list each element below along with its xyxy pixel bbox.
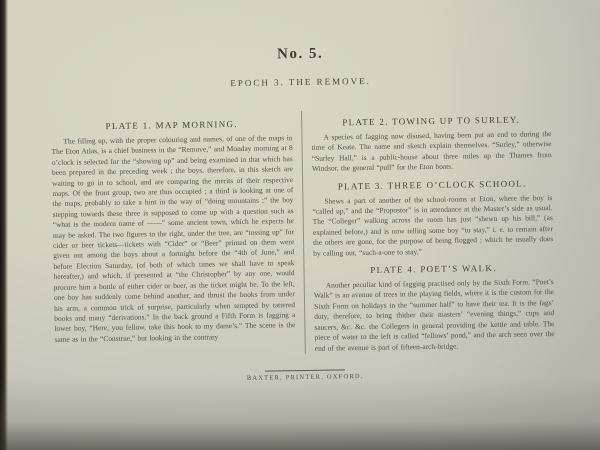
two-column-layout: PLATE 1. MAP MORNING. The filling up, wi… — [51, 107, 555, 358]
plate-section-2: PLATE 2. TOWING UP TO SURLEY. A species … — [311, 114, 552, 174]
epoch-heading: EPOCH 3. THE REMOVE. — [51, 73, 551, 91]
photo-bottom-shadow — [0, 378, 600, 450]
plate-2-body: A species of fagging now disused, having… — [311, 129, 552, 174]
plate-4-heading: PLATE 4. POET’S WALK. — [313, 262, 553, 276]
plate-1-heading: PLATE 1. MAP MORNING. — [51, 118, 292, 132]
plate-section-4: PLATE 4. POET’S WALK. Another peculiar k… — [313, 262, 554, 354]
plate-4-body: Another peculiar kind of fagging practis… — [314, 277, 555, 354]
plate-section-1: PLATE 1. MAP MORNING. The filling up, wi… — [51, 118, 295, 345]
plate-3-body: Shews a part of another of the school-ro… — [312, 193, 553, 259]
page-number-heading: No. 5. — [50, 42, 550, 67]
right-column: PLATE 2. TOWING UP TO SURLEY. A species … — [301, 107, 555, 354]
plate-2-heading: PLATE 2. TOWING UP TO SURLEY. — [311, 114, 551, 128]
plate-3-heading: PLATE 3. THREE O’CLOCK SCHOOL. — [312, 178, 552, 192]
footer-rule — [265, 369, 345, 371]
document-page: No. 5. EPOCH 3. THE REMOVE. PLATE 1. MAP… — [50, 42, 555, 385]
plate-section-3: PLATE 3. THREE O’CLOCK SCHOOL. Shews a p… — [312, 178, 553, 259]
plate-1-body: The filling up, with the proper colourin… — [51, 133, 295, 345]
photo-background: No. 5. EPOCH 3. THE REMOVE. PLATE 1. MAP… — [0, 0, 600, 450]
left-column: PLATE 1. MAP MORNING. The filling up, wi… — [51, 111, 305, 358]
